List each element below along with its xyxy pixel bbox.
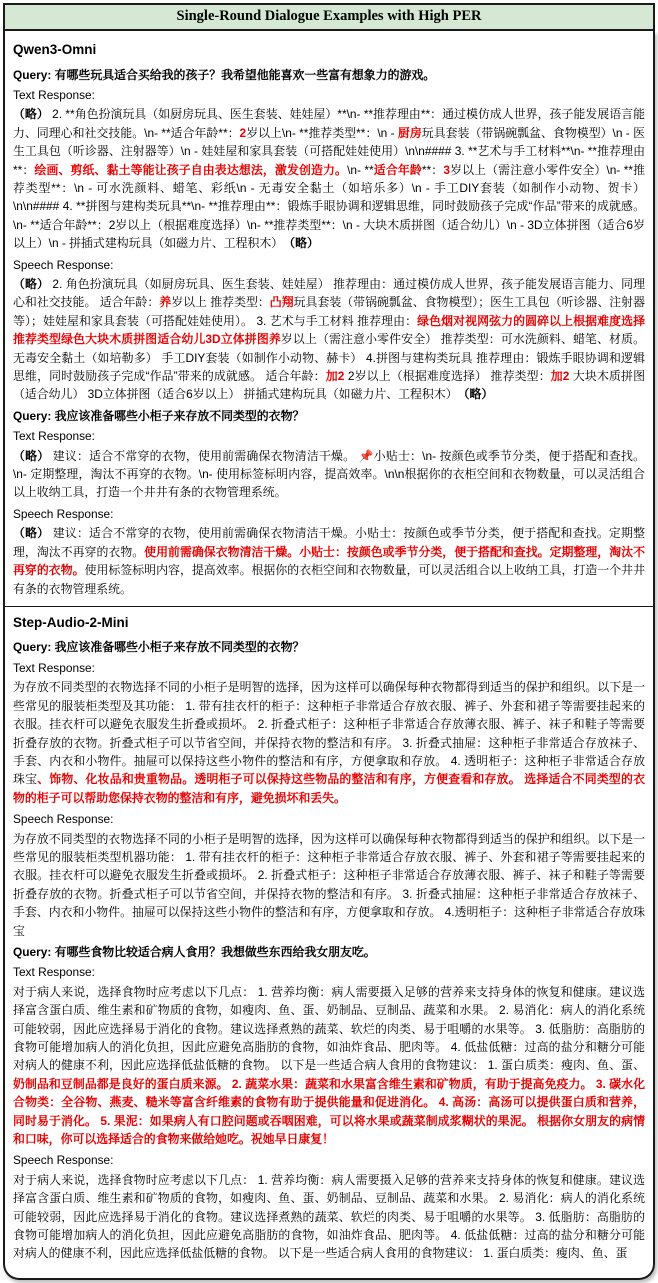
response-paragraph: （略） 建议：适合不常穿的衣物，使用前需确保衣物清洁干燥。小贴士：按颜色或季节分… (13, 524, 645, 598)
response-paragraph: 为存放不同类型的衣物选择不同的小柜子是明智的选择，因为这样可以确保每种衣物都得到… (13, 678, 645, 807)
text-segment: 有哪些食物比较适合病人食用？我想做些东西给我女朋友吃。 (55, 945, 376, 959)
text-segment: **： (422, 163, 443, 177)
response-type-label: Speech Response: (13, 810, 645, 828)
model-name: Qwen3-Omni (13, 41, 645, 59)
response-paragraph: （略） 2. **角色扮演玩具（如厨房玩具、医生套装、娃娃屋）**\n- **推… (13, 105, 645, 252)
query-line: Query: 有哪些玩具适合买给我的孩子？我希望他能喜欢一些富有想象力的游戏。 (13, 66, 645, 84)
response-type-label: Text Response: (13, 659, 645, 677)
text-segment: （略） (13, 526, 49, 540)
text-segment: 3 (443, 163, 450, 177)
response-paragraph: 为存放不同类型的衣物选择不同的小柜子是明智的选择，因为这样可以确保每种衣物都得到… (13, 830, 645, 940)
query-label: Query: (13, 68, 55, 82)
text-segment: （略） (289, 236, 319, 250)
text-segment: （略） (13, 449, 49, 463)
text-segment: 加2 (551, 369, 570, 383)
response-type-label: Speech Response: (13, 1151, 645, 1169)
query-line: Query: 我应该准备哪些小柜子来存放不同类型的衣物？ (13, 638, 645, 656)
text-segment: 凸翔 (270, 295, 294, 309)
text-segment: 为存放不同类型的衣物选择不同的小柜子是明智的选择，因为这样可以确保每种衣物都得到… (13, 680, 645, 786)
text-segment: 使用标签标明内容，提高效率。根据你的衣柜空间和衣物数量，可以灵活组合以上收纳工具… (13, 563, 645, 595)
response-paragraph: （略） 2. 角色扮演玩具（如厨房玩具、医生套装、娃娃屋） 推荐理由：通过模仿成… (13, 275, 645, 404)
text-segment: 、饰物、化妆品和贵重物品。透明柜子可以保持这些物品的整洁和有序，方便查看和存放。… (13, 772, 645, 804)
response-paragraph: 对于病人来说，选择食物时应考虑以下几点： 1. 营养均衡：病人需要摄入足够的营养… (13, 1171, 645, 1263)
text-segment: 为存放不同类型的衣物选择不同的小柜子是明智的选择，因为这样可以确保每种衣物都得到… (13, 832, 645, 938)
text-segment: 奶制品和豆制品都是良好的蛋白质来源。 2. 蔬菜水果：蔬菜和水果富含维生素和矿物… (13, 1077, 645, 1146)
response-type-label: Text Response: (13, 963, 645, 981)
text-segment: \n- ** (347, 163, 374, 177)
text-segment: 岁以上 推荐类型： (171, 295, 270, 309)
text-segment: 对于病人来说，选择食物时应考虑以下几点： 1. 营养均衡：病人需要摄入足够的营养… (13, 985, 645, 1073)
text-segment: 岁以上\n- **推荐类型**：\n - (246, 126, 398, 140)
response-type-label: Text Response: (13, 427, 645, 445)
query-label: Query: (13, 409, 55, 423)
response-paragraph: （略） 建议：适合不常穿的衣物，使用前需确保衣物清洁干燥。 📌小贴士：\n- 按… (13, 447, 645, 502)
figure-page: Single-Round Dialogue Examples with High… (0, 0, 658, 1283)
query-label: Query: (13, 640, 55, 654)
text-segment: 绘画、剪纸、黏土等能让孩子自由表达想法，激发创造力。 (34, 163, 347, 177)
section-divider (5, 606, 653, 607)
text-segment: 我应该准备哪些小柜子来存放不同类型的衣物？ (55, 640, 305, 654)
response-type-label: Speech Response: (13, 256, 645, 274)
dialogue-examples-table: Qwen3-OmniQuery: 有哪些玩具适合买给我的孩子？我希望他能喜欢一些… (3, 31, 655, 1280)
text-segment: 对于病人来说，选择食物时应考虑以下几点： 1. 营养均衡：病人需要摄入足够的营养… (13, 1173, 645, 1261)
text-segment: 适合年龄 (374, 163, 422, 177)
text-segment: 厨房 (398, 126, 422, 140)
model-section-step-audio-2-mini: Step-Audio-2-MiniQuery: 我应该准备哪些小柜子来存放不同类… (13, 614, 645, 1263)
query-label: Query: (13, 945, 55, 959)
query-line: Query: 我应该准备哪些小柜子来存放不同类型的衣物？ (13, 407, 645, 425)
text-segment: 2岁以上（根据难度选择） 推荐类型： (344, 369, 550, 383)
query-line: Query: 有哪些食物比较适合病人食用？我想做些东西给我女朋友吃。 (13, 943, 645, 961)
figure-title: Single-Round Dialogue Examples with High… (3, 3, 655, 31)
text-segment: （略） (13, 107, 49, 121)
text-segment: 养 (159, 295, 171, 309)
text-segment: 加2 (326, 369, 345, 383)
sections: Qwen3-OmniQuery: 有哪些玩具适合买给我的孩子？我希望他能喜欢一些… (13, 41, 645, 1263)
model-section-qwen3-omni: Qwen3-OmniQuery: 有哪些玩具适合买给我的孩子？我希望他能喜欢一些… (13, 41, 645, 598)
response-paragraph: 对于病人来说，选择食物时应考虑以下几点： 1. 营养均衡：病人需要摄入足够的营养… (13, 983, 645, 1149)
response-type-label: Speech Response: (13, 505, 645, 523)
text-segment: （略） (464, 387, 494, 401)
text-segment: 我应该准备哪些小柜子来存放不同类型的衣物？ (55, 409, 305, 423)
model-name: Step-Audio-2-Mini (13, 614, 645, 632)
text-segment: 有哪些玩具适合买给我的孩子？我希望他能喜欢一些富有想象力的游戏。 (55, 68, 436, 82)
response-type-label: Text Response: (13, 86, 645, 104)
text-segment: 建议：适合不常穿的衣物，使用前需确保衣物清洁干燥。 📌小贴士：\n- 按颜色或季… (13, 449, 645, 500)
text-segment: （略） (13, 277, 49, 291)
